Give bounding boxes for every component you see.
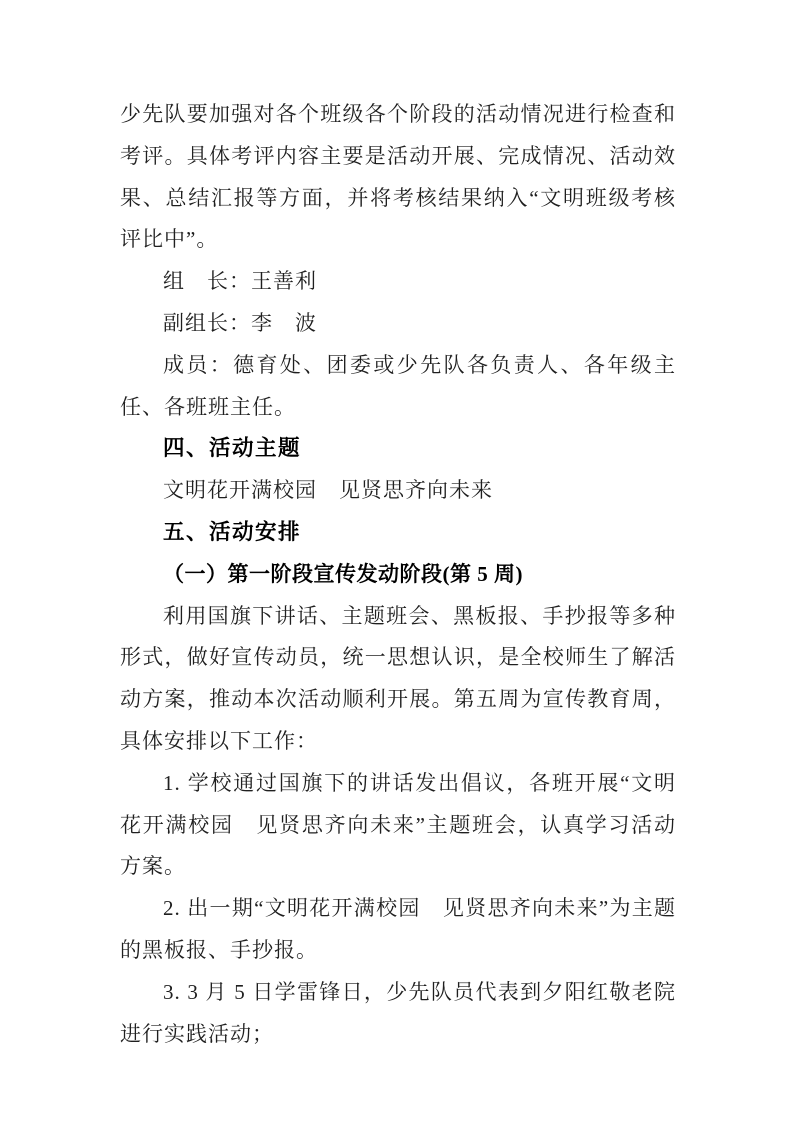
para-item-3: 3. 3 月 5 日学雷锋日，少先队员代表到夕阳红敬老院进行实践活动；	[120, 972, 676, 1056]
para-theme-slogan: 文明花开满校园 见贤思齐向未来	[120, 470, 676, 512]
heading-stage-one: （一）第一阶段宣传发动阶段(第 5 周)	[120, 554, 676, 596]
para-item-1: 1. 学校通过国旗下的讲话发出倡议，各班开展“文明花开满校园 见贤思齐向未来”主…	[120, 763, 676, 888]
heading-activity-arrangement: 五、活动安排	[120, 512, 676, 554]
para-stage-one-overview: 利用国旗下讲话、主题班会、黑板报、手抄报等多种形式，做好宣传动员，统一思想认识，…	[120, 596, 676, 763]
para-group-leader: 组 长：王善利	[120, 261, 676, 303]
para-deputy-leader: 副组长：李 波	[120, 303, 676, 345]
document-content: 少先队要加强对各个班级各个阶段的活动情况进行检查和考评。具体考评内容主要是活动开…	[120, 94, 676, 1055]
para-item-2: 2. 出一期“文明花开满校园 见贤思齐向未来”为主题的黑板报、手抄报。	[120, 888, 676, 972]
para-members: 成员：德育处、团委或少先队各负责人、各年级主任、各班班主任。	[120, 345, 676, 429]
document-page: 少先队要加强对各个班级各个阶段的活动情况进行检查和考评。具体考评内容主要是活动开…	[0, 0, 793, 1122]
heading-activity-theme: 四、活动主题	[120, 428, 676, 470]
para-inspection-evaluation: 少先队要加强对各个班级各个阶段的活动情况进行检查和考评。具体考评内容主要是活动开…	[120, 94, 676, 261]
